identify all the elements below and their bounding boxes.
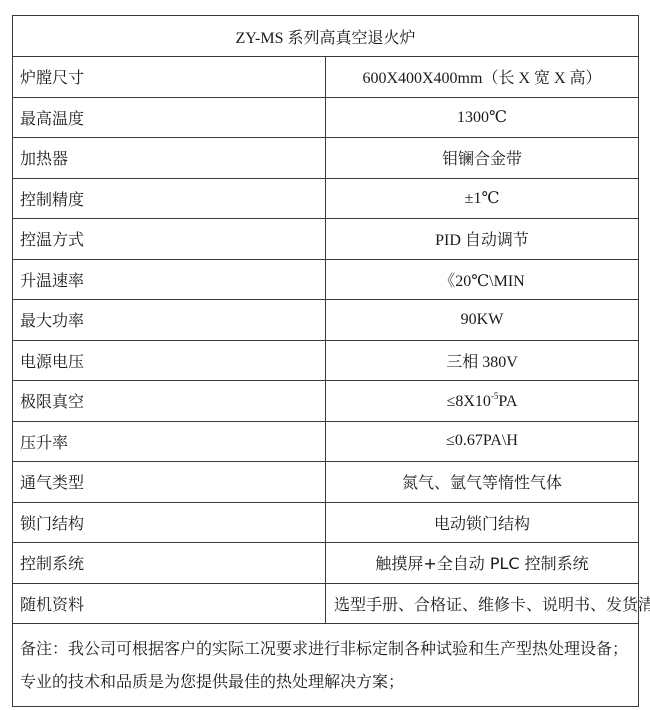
table-row: 极限真空 ≤8X10-5PA bbox=[13, 381, 639, 422]
row-label: 最高温度 bbox=[13, 97, 326, 138]
table-row: 压升率 ≤0.67PA\H bbox=[13, 421, 639, 462]
table-row: 控温方式 PID 自动调节 bbox=[13, 219, 639, 260]
row-label: 加热器 bbox=[13, 138, 326, 179]
row-label: 控制系统 bbox=[13, 543, 326, 584]
table-row: 随机资料 选型手册、合格证、维修卡、说明书、发货清单 bbox=[13, 583, 639, 624]
note-text: 备注：我公司可根据客户的实际工况要求进行非标定制各种试验和生产型热处理设备；专业… bbox=[13, 624, 639, 707]
table-row: 锁门结构 电动锁门结构 bbox=[13, 502, 639, 543]
row-value: 氮气、氩气等惰性气体 bbox=[326, 462, 639, 503]
row-label: 随机资料 bbox=[13, 583, 326, 624]
row-value: 钼镧合金带 bbox=[326, 138, 639, 179]
table-title: ZY-MS 系列高真空退火炉 bbox=[13, 16, 639, 57]
row-value: PID 自动调节 bbox=[326, 219, 639, 260]
row-label: 升温速率 bbox=[13, 259, 326, 300]
row-value: 电动锁门结构 bbox=[326, 502, 639, 543]
row-label: 控制精度 bbox=[13, 178, 326, 219]
value-suffix: PA bbox=[498, 393, 517, 410]
row-label: 极限真空 bbox=[13, 381, 326, 422]
table-row: 炉膛尺寸 600X400X400mm（长 X 宽 X 高） bbox=[13, 57, 639, 98]
row-label: 通气类型 bbox=[13, 462, 326, 503]
value-prefix: ≤8X10 bbox=[447, 393, 491, 410]
row-value: ±1℃ bbox=[326, 178, 639, 219]
row-value: 90KW bbox=[326, 300, 639, 341]
row-label: 炉膛尺寸 bbox=[13, 57, 326, 98]
table-row: 加热器 钼镧合金带 bbox=[13, 138, 639, 179]
row-value: ≤0.67PA\H bbox=[326, 421, 639, 462]
row-value: 三相 380V bbox=[326, 340, 639, 381]
row-label: 电源电压 bbox=[13, 340, 326, 381]
table-title-row: ZY-MS 系列高真空退火炉 bbox=[13, 16, 639, 57]
row-value: 600X400X400mm（长 X 宽 X 高） bbox=[326, 57, 639, 98]
row-label: 最大功率 bbox=[13, 300, 326, 341]
row-value: 触摸屏+全自动 PLC 控制系统 bbox=[326, 543, 639, 584]
table-row: 控制精度 ±1℃ bbox=[13, 178, 639, 219]
table-row: 最大功率 90KW bbox=[13, 300, 639, 341]
spec-table: ZY-MS 系列高真空退火炉 炉膛尺寸 600X400X400mm（长 X 宽 … bbox=[12, 15, 639, 707]
row-label: 锁门结构 bbox=[13, 502, 326, 543]
note-row: 备注：我公司可根据客户的实际工况要求进行非标定制各种试验和生产型热处理设备；专业… bbox=[13, 624, 639, 707]
table-row: 升温速率 《20℃\MIN bbox=[13, 259, 639, 300]
table-row: 控制系统 触摸屏+全自动 PLC 控制系统 bbox=[13, 543, 639, 584]
row-label: 压升率 bbox=[13, 421, 326, 462]
row-value: ≤8X10-5PA bbox=[326, 381, 639, 422]
table-row: 最高温度 1300℃ bbox=[13, 97, 639, 138]
table-row: 通气类型 氮气、氩气等惰性气体 bbox=[13, 462, 639, 503]
row-value: 选型手册、合格证、维修卡、说明书、发货清单 bbox=[326, 583, 639, 624]
row-value: 1300℃ bbox=[326, 97, 639, 138]
row-value: 《20℃\MIN bbox=[326, 259, 639, 300]
table-row: 电源电压 三相 380V bbox=[13, 340, 639, 381]
row-label: 控温方式 bbox=[13, 219, 326, 260]
